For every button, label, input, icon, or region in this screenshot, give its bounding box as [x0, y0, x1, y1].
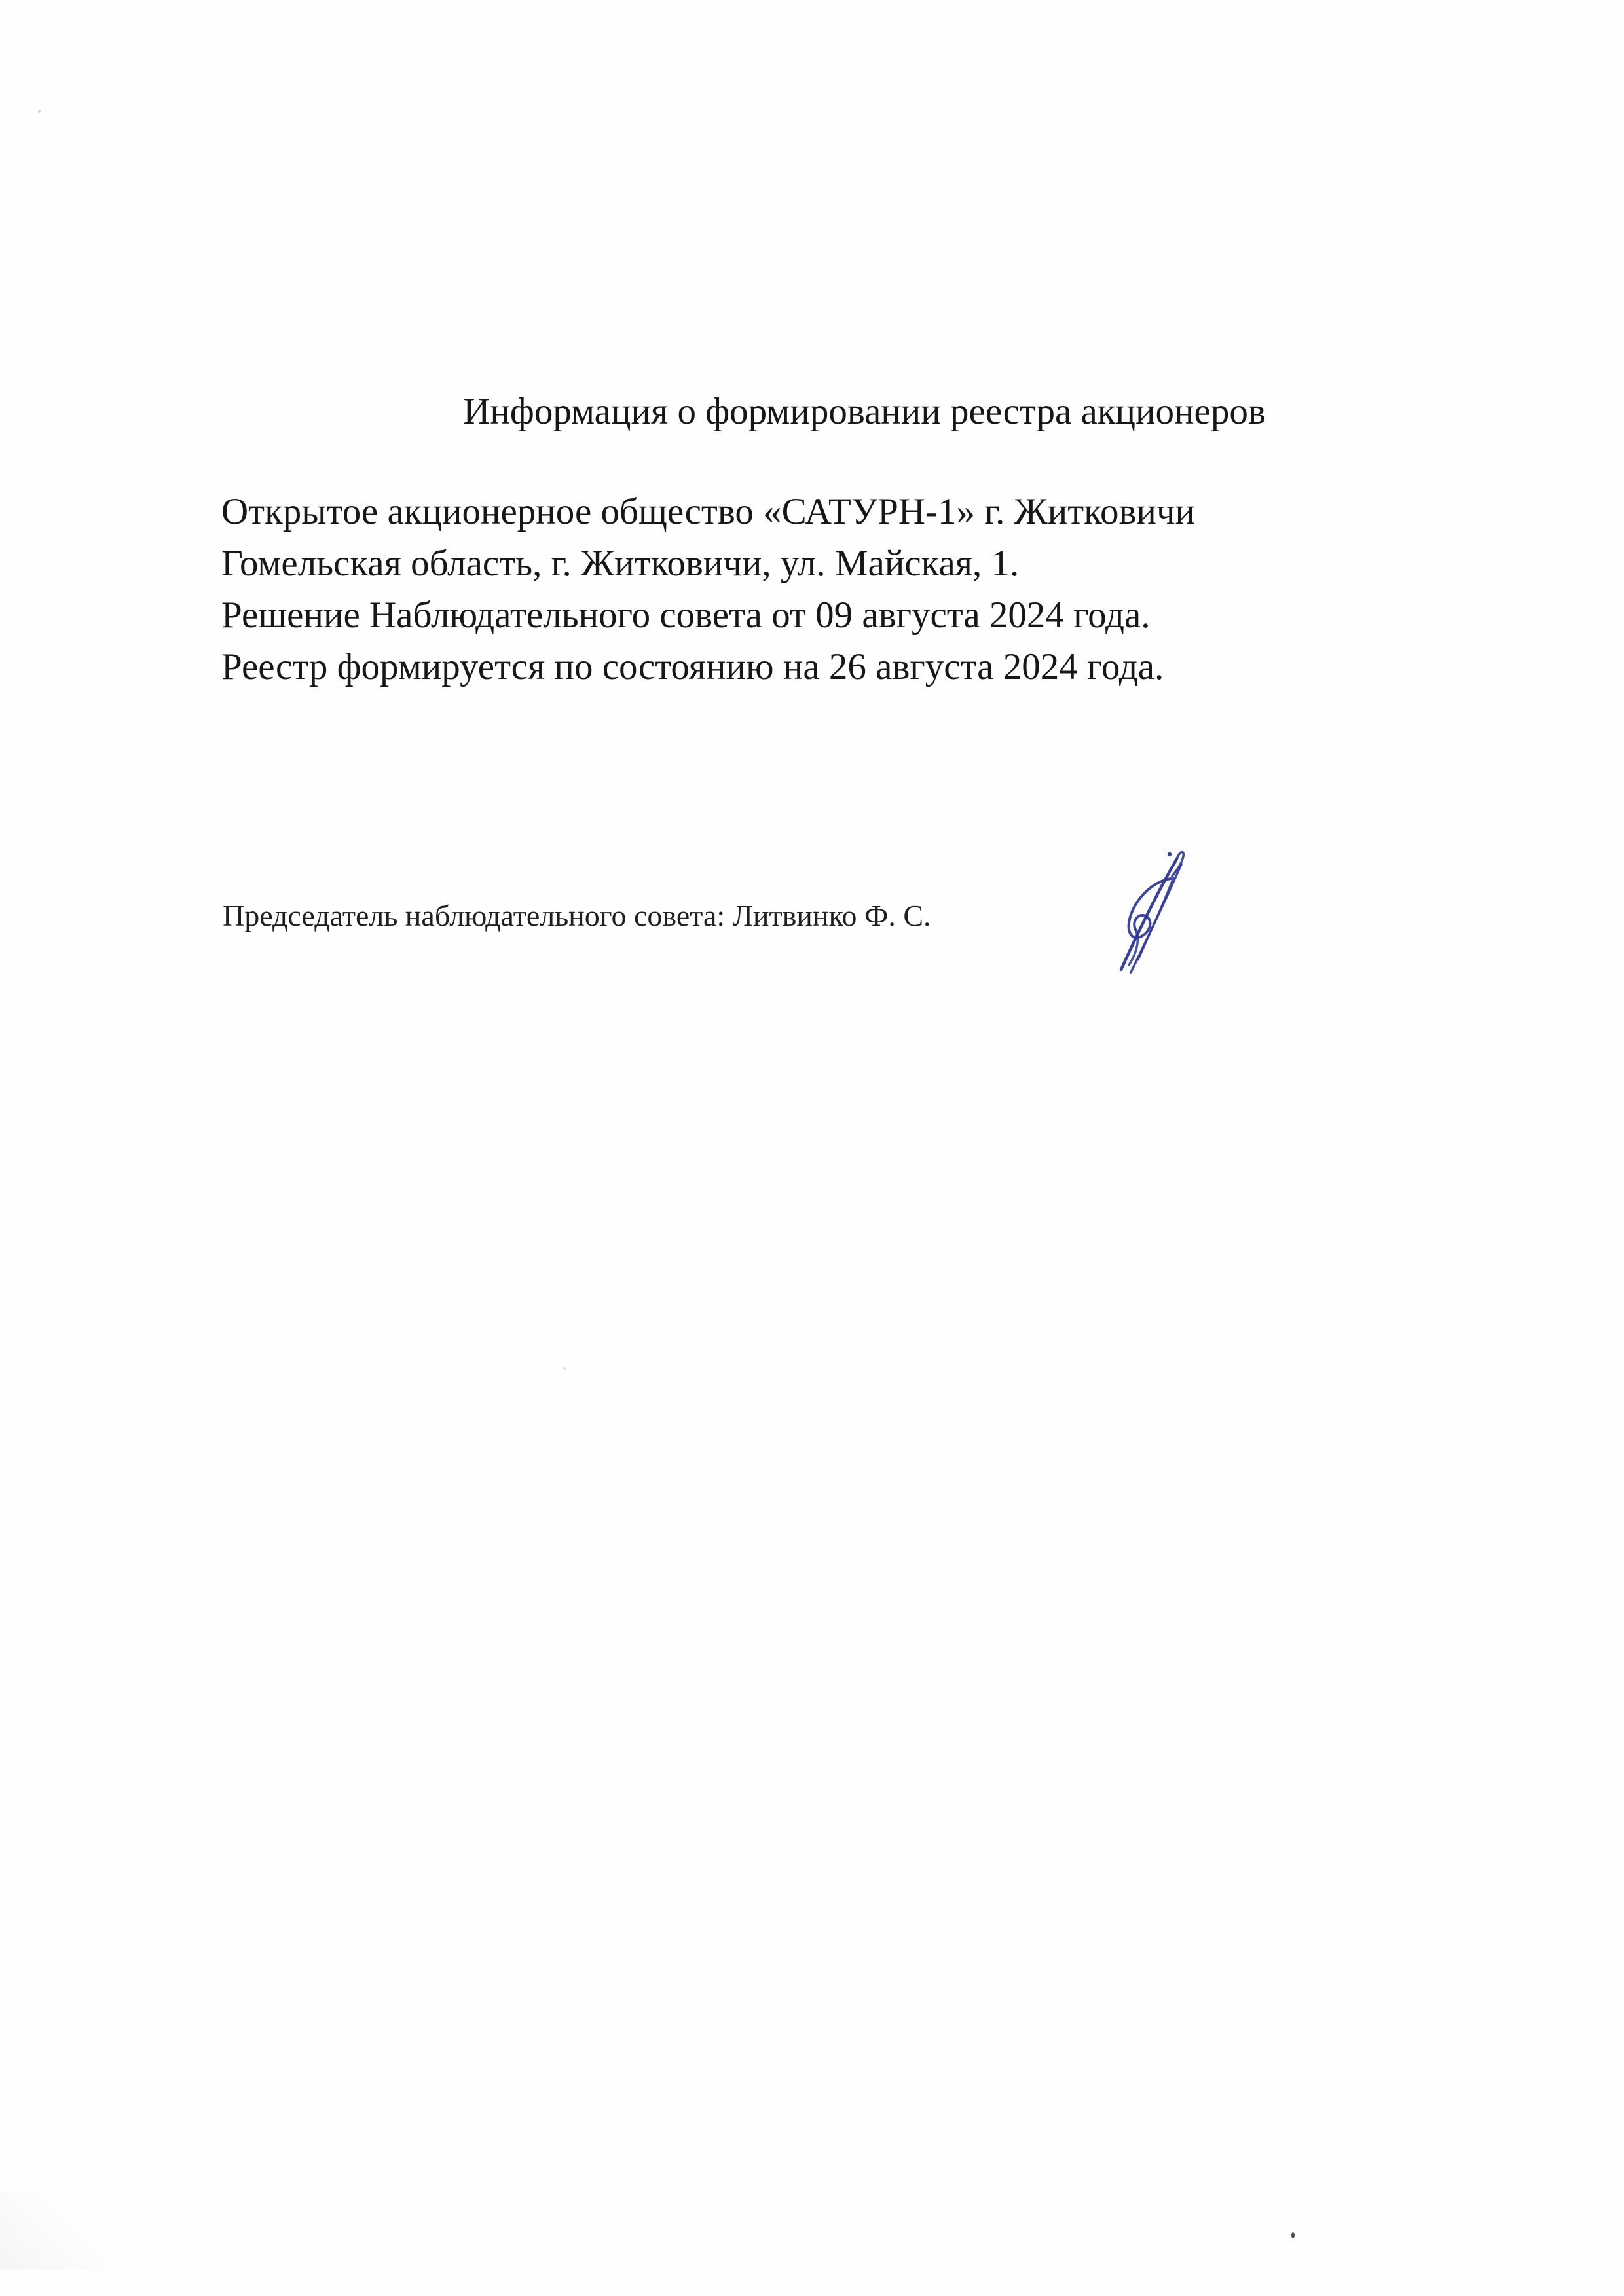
scan-speck: [1291, 2232, 1295, 2238]
handwritten-signature-icon: [1112, 843, 1198, 974]
body-line-decision: Решение Наблюдательного совета от 09 авг…: [221, 589, 1518, 641]
document-body: Открытое акционерное общество «САТУРН-1»…: [221, 486, 1518, 693]
scan-speck: [563, 1367, 566, 1370]
body-line-registry-date: Реестр формируется по состоянию на 26 ав…: [221, 641, 1518, 693]
body-line-company: Открытое акционерное общество «САТУРН-1»…: [221, 486, 1518, 538]
scanned-document-page: Информация о формировании реестра акцион…: [0, 0, 1624, 2296]
signature-caption: Председатель наблюдательного совета: Лит…: [223, 898, 1532, 934]
scan-shadow: [0, 2191, 105, 2270]
body-line-address: Гомельская область, г. Житковичи, ул. Ма…: [221, 538, 1518, 589]
scan-speck: [38, 110, 41, 113]
document-title: Информация о формировании реестра акцион…: [223, 390, 1506, 433]
